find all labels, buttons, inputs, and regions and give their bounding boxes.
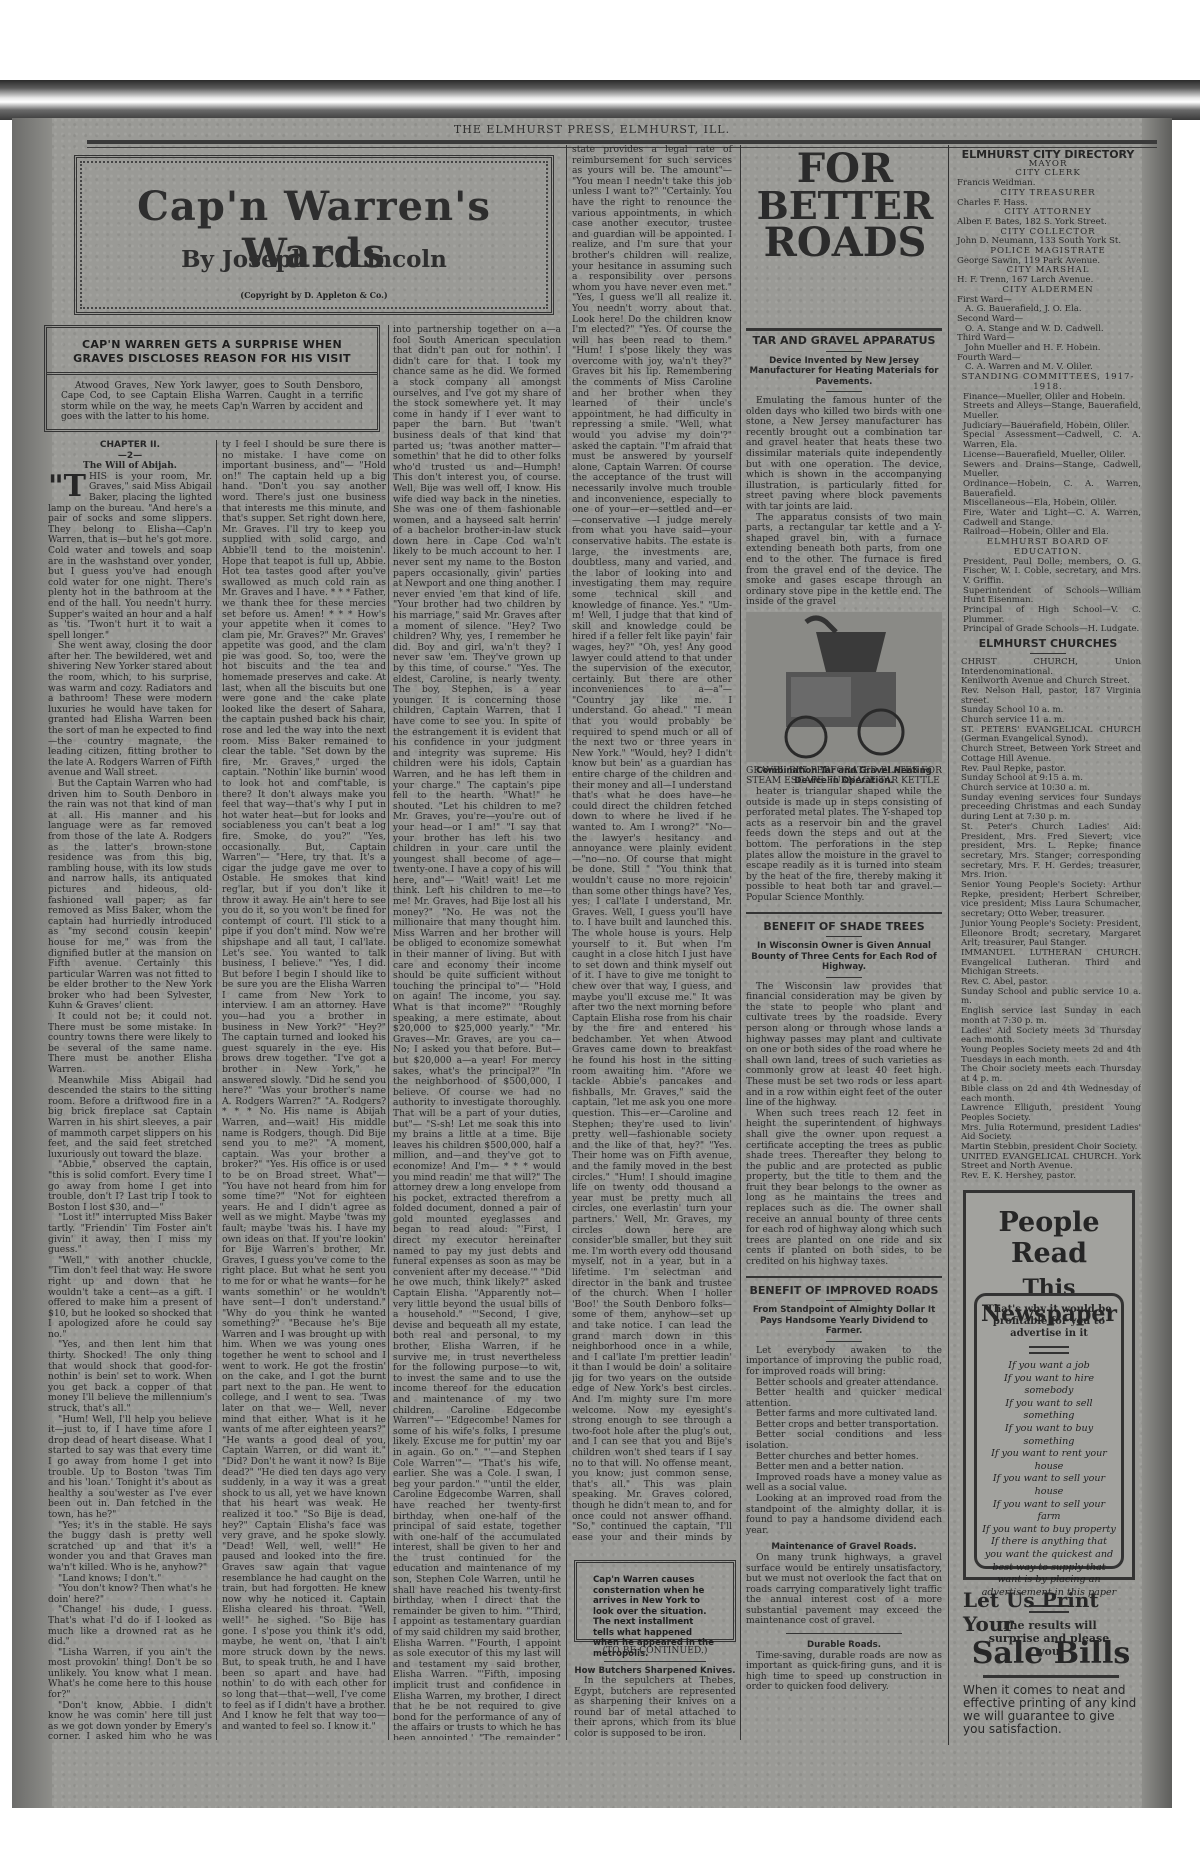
divider [786, 1633, 902, 1634]
paragraph: "Yes; it's in the stable. He says the bu… [48, 1521, 212, 1574]
column-rule [216, 440, 217, 1740]
want-line: If you want to buy something [981, 1423, 1117, 1448]
serial-copyright: (Copyright by D. Appleton & Co.) [77, 290, 551, 300]
churches-title: ELMHURST CHURCHES [955, 639, 1141, 649]
roads-column: TAR AND GRAVEL APPARATUS Device Invented… [746, 336, 942, 1746]
ad-lead: That's why it would be profitable for yo… [981, 1304, 1117, 1340]
directory-entries: MAYORCITY CLERKFrancis Weidman.CITY TREA… [955, 160, 1141, 373]
tar-article-body-2: The apparatus consists of two main parts… [746, 513, 942, 608]
tar-heater-illustration: GRAVEL BIN PERFORATED PLATES FOR STEAM E… [746, 612, 942, 762]
shade-article-subhead: In Wisconsin Owner is Given Annual Bount… [746, 941, 942, 973]
divider [1030, 653, 1066, 654]
church-line: Ladies' Aid Society meets 3d Thursday ea… [955, 1027, 1141, 1046]
tar-article-subhead: Device Invented by New Jersey Manufactur… [746, 356, 942, 388]
paragraph: "Abbie," observed the captain, "this is … [48, 1160, 212, 1213]
label-tar-kettle: TAR KETTLE [879, 775, 940, 786]
butchers-item: (TO BE CONTINUED.) How Butchers Sharpene… [574, 1646, 736, 1746]
want-line: If you want to sell your house [981, 1473, 1117, 1498]
paragraph: She went away, closing the door after he… [48, 641, 212, 779]
committee-list: Finance—Mueller, Oliler and Hobein.Stree… [955, 393, 1141, 539]
improved-article-subhead: From Standpoint of Almighty Dollar It Pa… [746, 1305, 942, 1337]
shade-article-body-2: When such trees reach 12 feet in height … [746, 1109, 942, 1268]
church-line: St. Peter's Church Ladies' Aid: Presiden… [955, 823, 1141, 881]
church-line: Lawrence Elliguth, president Young Peopl… [955, 1104, 1141, 1123]
serial-text-col3: into partnership together on a—a fool So… [393, 325, 561, 1740]
committee: Fire, Water and Light—C. A. Warren, Cadw… [955, 509, 1141, 528]
want-line: If you want to sell your farm [981, 1499, 1117, 1524]
church-line: UNITED EVANGELICAL CHURCH. York Street a… [955, 1153, 1141, 1172]
paragraph: "Don't know, Abbie. I didn't know he was… [48, 1701, 212, 1740]
improved-article-intro: Let everybody awaken to the importance o… [746, 1346, 942, 1378]
education-entry: President, Paul Dolle; members, O. G. Fi… [955, 558, 1141, 587]
want-line: If you want a job [981, 1360, 1117, 1373]
church-line: Sunday School and public service 10 a. m… [955, 988, 1141, 1007]
church-line: ST. PETERS' EVANGELICAL CHURCH (German E… [955, 726, 1141, 745]
church-line: The Choir society meets each Thursday at… [955, 1065, 1141, 1084]
shade-article-headline: BENEFIT OF SHADE TREES [746, 922, 942, 933]
committees-heading: STANDING COMMITTEES, 1917-1918. [955, 373, 1141, 392]
church-line: Mrs. Julia Rotermund, president Ladies' … [955, 1124, 1141, 1143]
divider [826, 351, 862, 352]
divider [1029, 1346, 1069, 1354]
paragraph: "Well," with another chuckle, "Tim don't… [48, 1256, 212, 1341]
divider [826, 391, 862, 392]
benefits-list: Better schools and greater attendance.Be… [746, 1378, 942, 1473]
improved-article-headline: BENEFIT OF IMPROVED ROADS [746, 1286, 942, 1297]
column-rule [566, 145, 567, 1740]
scan-artifact-band [0, 80, 1200, 120]
next-installment-box: Cap'n Warren causes consternation when h… [574, 1560, 736, 1642]
benefit-item: Better social conditions and less isolat… [746, 1430, 942, 1451]
drop-cap: "T [48, 474, 86, 500]
church-line: Church Street, Between York Street and C… [955, 745, 1141, 764]
want-line: If you want to hire somebody [981, 1373, 1117, 1398]
chapter-body: "THIS is your room, Mr. Graves," said Mi… [48, 472, 212, 1740]
church-line: CHRIST CHURCH, Union Interdenominational… [955, 658, 1141, 677]
divider [826, 1300, 862, 1301]
people-read-ad: People Read This Newspaper That's why it… [963, 1190, 1135, 1580]
divider [826, 936, 862, 937]
sale-ad-body: When it comes to neat and effective prin… [963, 1684, 1139, 1736]
serial-text-col2: ty I feel I should be sure there is no m… [222, 440, 386, 1732]
church-line: Sunday evening services four Sundays pre… [955, 794, 1141, 823]
synopsis-headline: CAP'N WARREN GETS A SURPRISE WHEN GRAVES… [47, 328, 377, 375]
divider [826, 977, 862, 978]
divider [746, 912, 942, 914]
paragraph: "Lost it!" interrupted Miss Baker tartly… [48, 1213, 212, 1255]
directory-column: ELMHURST CITY DIRECTORY MAYORCITY CLERKF… [955, 150, 1141, 1180]
paragraph: "THIS is your room, Mr. Graves," said Mi… [48, 472, 212, 642]
durable-body: Time-saving, durable roads are now as im… [746, 1651, 942, 1693]
paragraph: "Yes, and then lent him that thirty. Sho… [48, 1340, 212, 1414]
ad-inner-frame: That's why it would be profitable for yo… [974, 1293, 1124, 1569]
education-entry: Superintendent of Schools—William Hunt E… [955, 587, 1141, 606]
divider [983, 1675, 1119, 1678]
sale-ad-title-1: Let Us Print Your [963, 1588, 1139, 1636]
ad-want-list: If you want a jobIf you want to hire som… [981, 1360, 1117, 1599]
committee: Sewers and Drains—Stange, Cadwell, Muell… [955, 461, 1141, 480]
education-list: President, Paul Dolle; members, O. G. Fi… [955, 558, 1141, 636]
paragraph: Meanwhile Miss Abigail had descended the… [48, 1076, 212, 1161]
serial-column-2: ty I feel I should be sure there is no m… [222, 440, 386, 1740]
committee: Special Assessment—Cadwell, C. A. Warren… [955, 431, 1141, 450]
sale-bills-ad: Let Us Print Your Sale Bills When it com… [963, 1588, 1139, 1748]
improved-article-body: Improved roads have a money value as wel… [746, 1473, 942, 1494]
improved-article-body-2: Looking at an improved road from the sta… [746, 1494, 942, 1536]
education-heading: ELMHURST BOARD OF EDUCATION. [955, 538, 1141, 557]
column-rule [740, 145, 741, 1740]
tar-article-body-1: Emulating the famous hunter of the olden… [746, 396, 942, 513]
for-better-roads-banner: FOR BETTER ROADS [746, 150, 944, 268]
banner-line-3: ROADS [746, 224, 944, 262]
ad-title-1: People Read [966, 1207, 1132, 1269]
serial-column-3: into partnership together on a—a fool So… [393, 325, 561, 1740]
divider [604, 1661, 706, 1662]
church-line: Rev. E. K. Hershey, pastor. [955, 1172, 1141, 1180]
paragraph: "Lisha Warren, if you ain't the most pro… [48, 1648, 212, 1701]
running-head: THE ELMHURST PRESS, ELMHURST, ILL. [12, 123, 1172, 136]
sale-ad-title-2: Sale Bills [963, 1636, 1139, 1671]
tar-article-body-3: heater is triangular shaped while the ou… [746, 787, 942, 904]
paragraph: "You don't know? Then what's he doin' he… [48, 1584, 212, 1605]
synopsis-box: CAP'N WARREN GETS A SURPRISE WHEN GRAVES… [44, 325, 380, 432]
label-furnace: FURNACE [827, 775, 876, 786]
church-line: English service last Sunday in each mont… [955, 1007, 1141, 1026]
education-entry: Principal of High School—V. C. Plummer. [955, 606, 1141, 625]
committee: Ordinance—Hobein, C. A. Warren, Bauerafi… [955, 480, 1141, 499]
synopsis-text: Atwood Graves, New York lawyer, goes to … [47, 375, 377, 422]
paragraph: It could not be; it could not. There mus… [48, 1012, 212, 1076]
divider [826, 1341, 862, 1342]
want-line: If you want to buy property [981, 1524, 1117, 1537]
machine-drawing-icon [746, 612, 942, 762]
paragraph: "Change! his dude, I guess. That's what … [48, 1605, 212, 1647]
chapter-divider: —2— [48, 451, 212, 462]
shade-article-body-1: The Wisconsin law provides that financia… [746, 982, 942, 1109]
maintenance-body: On many trunk highways, a gravel surface… [746, 1553, 942, 1627]
church-line: IMMANUEL LUTHERAN CHURCH. Evangelical Lu… [955, 949, 1141, 978]
durable-headline: Durable Roads. [746, 1640, 942, 1651]
to-be-continued: (TO BE CONTINUED.) [574, 1646, 736, 1657]
divider [746, 1276, 942, 1278]
column-rule [948, 145, 949, 1745]
serial-column-1: CHAPTER II. —2— The Will of Abijah. "THI… [48, 440, 212, 1740]
benefit-item: Better health and quicker medical attent… [746, 1388, 942, 1409]
committee: Streets and Alleys—Stange, Bauerafield, … [955, 402, 1141, 421]
section-rule [746, 328, 942, 331]
butchers-body: In the sepulchers at Thebes, Egypt, butc… [574, 1676, 736, 1740]
church-line: Senior Young People's Society: Arthur Re… [955, 881, 1141, 920]
church-line: Bible class on 2d and 4th Wednesday of e… [955, 1085, 1141, 1104]
serial-title-box: Cap'n Warren's Wards By Joseph C. Lincol… [74, 155, 554, 315]
label-gravel-bin: GRAVEL BIN [746, 765, 807, 776]
chapter-number: CHAPTER II. [48, 440, 212, 451]
tar-article-headline: TAR AND GRAVEL APPARATUS [746, 336, 942, 347]
church-listings: CHRIST CHURCH, Union Interdenominational… [955, 658, 1141, 1180]
serial-byline: By Joseph C. Lincoln [77, 246, 551, 273]
page-edge-right [1142, 118, 1172, 1808]
want-line: If you want to rent your house [981, 1448, 1117, 1473]
paragraph: But the Captain Warren who had driven hi… [48, 779, 212, 1012]
education-entry: Principal of Grade Schools—H. Ludgate. [955, 625, 1141, 635]
church-line: Young Peoples Society meets 2d and 4th T… [955, 1046, 1141, 1065]
column-rule [388, 325, 389, 1740]
masthead-rule [87, 140, 1157, 144]
church-line: Rev. Nelson Hall, pastor, 187 Virginia s… [955, 687, 1141, 706]
want-line: If you want to sell something [981, 1398, 1117, 1423]
church-line: Junior Young People's Society: President… [955, 920, 1141, 949]
paragraph: "Hum! Well, I'll help you believe it—jus… [48, 1415, 212, 1521]
